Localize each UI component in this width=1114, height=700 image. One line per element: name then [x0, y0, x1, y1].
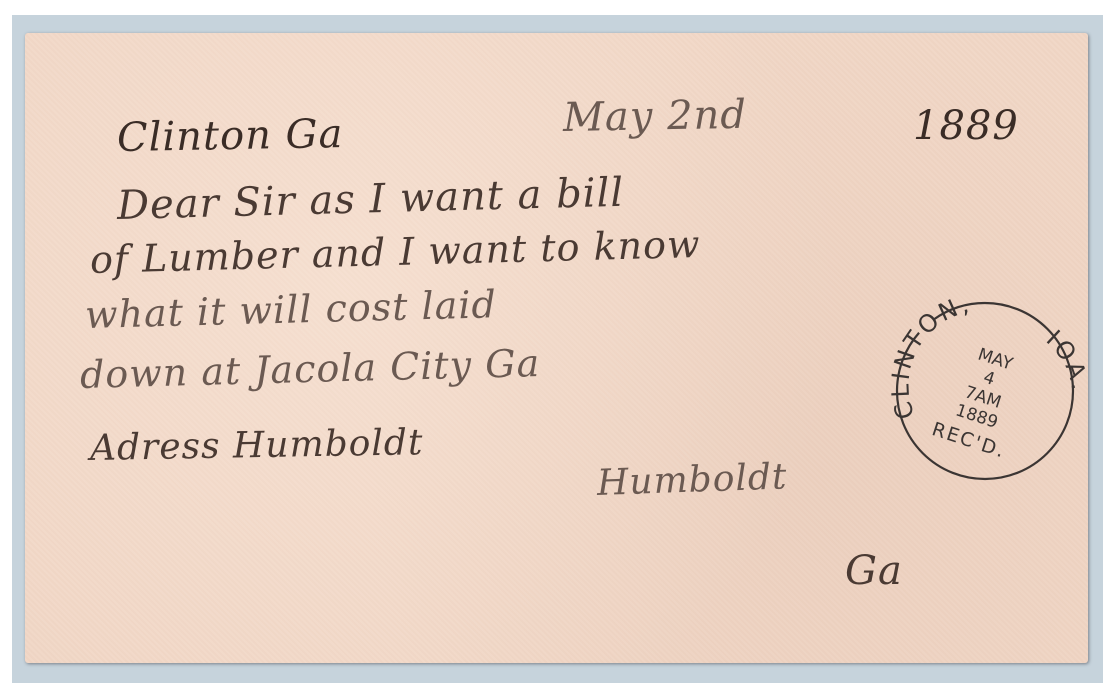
circular-postmark-icon: CLINTON, IOA. MAY 4 7AM 1889 REC'D. [885, 291, 1085, 491]
handwritten-place: Clinton Ga [117, 111, 344, 161]
handwritten-line: down at Jacola City Ga [79, 341, 540, 397]
handwritten-line: Adress Humboldt [90, 422, 424, 469]
handwritten-signature-state: Ga [845, 548, 903, 594]
handwritten-date: May 2nd [563, 92, 748, 141]
svg-text:IOA.: IOA. [1041, 325, 1085, 395]
handwritten-signature-area: Humboldt [596, 456, 788, 504]
postcard: Clinton Ga May 2nd 1889 Dear Sir as I wa… [25, 33, 1088, 663]
handwritten-year: 1889 [913, 103, 1019, 149]
postmark-state: IOA. [1041, 325, 1085, 395]
handwritten-line: what it will cost laid [84, 282, 497, 337]
handwritten-line: Dear Sir as I want a bill [116, 170, 624, 229]
handwritten-line: of Lumber and I want to know [89, 222, 701, 282]
